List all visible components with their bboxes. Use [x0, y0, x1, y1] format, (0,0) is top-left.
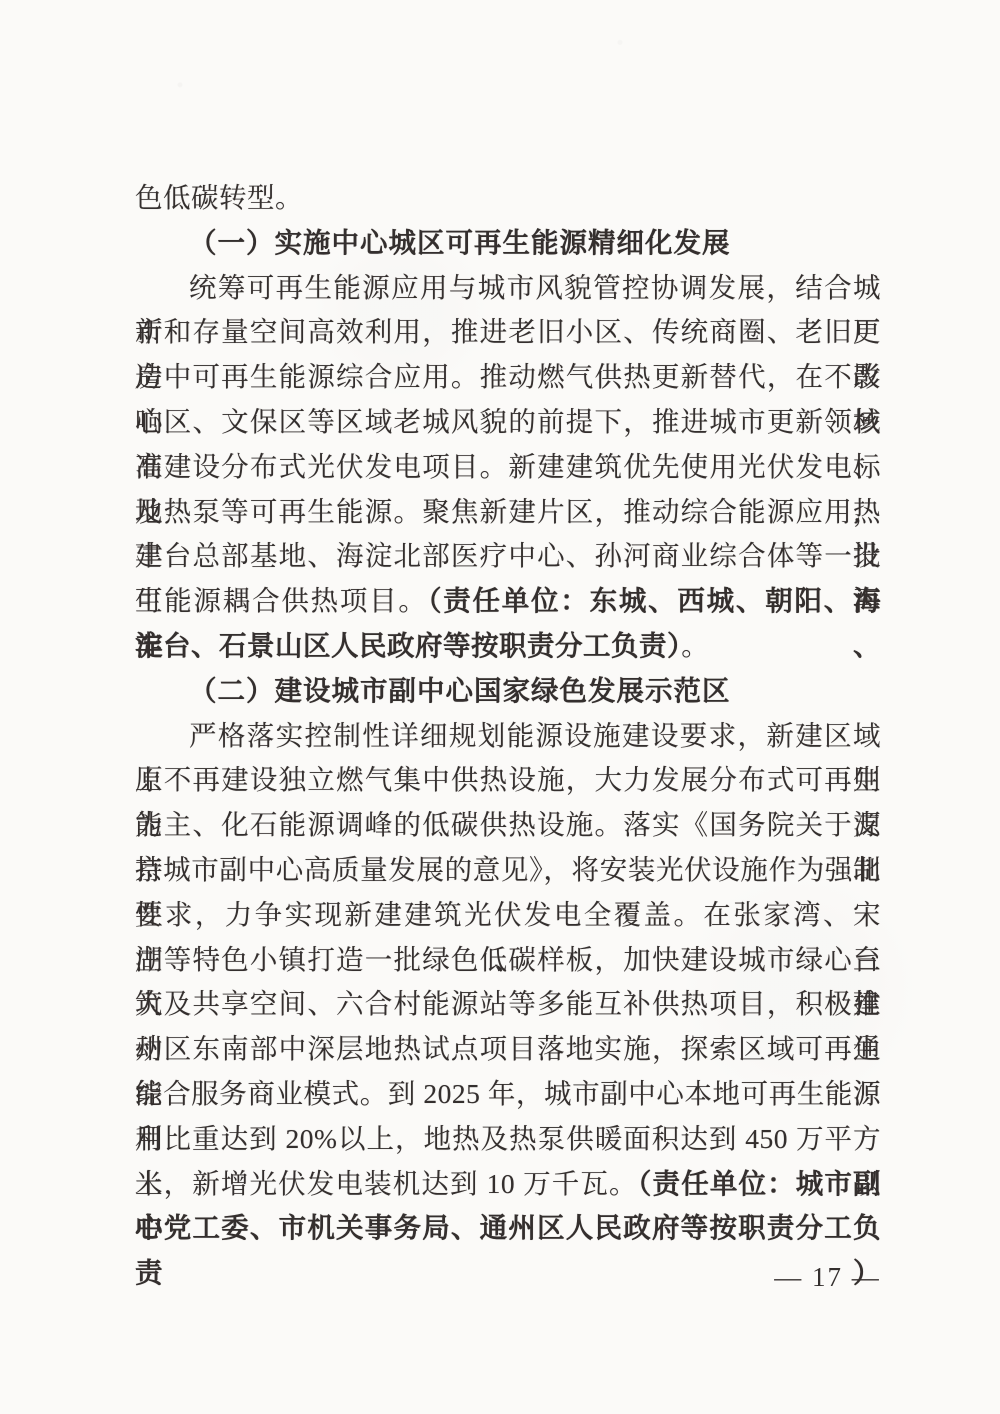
text-line: 统筹可再生能源应用与城市风貌管控协调发展，结合城市更 [135, 266, 881, 311]
text-line: 色低碳转型。 [135, 176, 881, 221]
text-line: 心党工委、市机关事务局、通州区人民政府等按职责分工负责） [135, 1206, 881, 1251]
text-run: 。 [681, 630, 709, 661]
page-number: — 17 — [770, 1259, 885, 1295]
document-page: 色低碳转型。（一）实施中心城区可再生能源精细化发展统筹可再生能源应用与城市风貌管… [0, 0, 1000, 1414]
text-line: 丰台总部基地、海淀北部医疗中心、孙河商业综合体等一批可再 [135, 534, 881, 579]
text-line: 生能源耦合供热项目。（责任单位：东城、西城、朝阳、海淀、 [135, 579, 881, 624]
text-line: 筑及共享空间、六合村能源站等多能互补供热项目，积极推动通 [135, 982, 881, 1027]
text-run: 色低碳转型。 [135, 182, 303, 213]
text-line: 为主、化石能源调峰的低碳供热设施。落实《国务院关于支持北 [135, 803, 881, 848]
document-body: 色低碳转型。（一）实施中心城区可再生能源精细化发展统筹可再生能源应用与城市风貌管… [135, 176, 881, 1251]
emphasis-text-run: （一）实施中心城区可再生能源精细化发展 [189, 227, 731, 258]
text-line: 用比重达到 20%以上，地热及热泵供暖面积达到 450 万平方米以 [135, 1117, 881, 1162]
text-line: 上，新增光伏发电装机达到 10 万千瓦。（责任单位：城市副中 [135, 1162, 881, 1207]
text-line: 要求，力争实现新建建筑光伏发电全覆盖。在张家湾、宋庄、台 [135, 893, 881, 938]
text-run: 生能源耦合供热项目。 [135, 585, 428, 616]
text-line: 综合服务商业模式。到 2025 年，城市副中心本地可再生能源利 [135, 1072, 881, 1117]
text-line: 准建设分布式光伏发电项目。新建建筑优先使用光伏发电、地热 [135, 445, 881, 490]
emphasis-text-run: 丰台、石景山区人民政府等按职责分工负责） [135, 630, 681, 661]
text-line: 上不再建设独立燃气集中供热设施，大力发展分布式可再生能源 [135, 758, 881, 803]
text-line: 新和存量空间高效利用，推进老旧小区、传统商圈、老旧厂房改 [135, 310, 881, 355]
text-line: 湖等特色小镇打造一批绿色低碳样板，加快建设城市绿心三大建 [135, 938, 881, 983]
text-line: 心区、文保区等区域老城风貌的前提下，推进城市更新领域高标 [135, 400, 881, 445]
text-line: 严格落实控制性详细规划能源设施建设要求，新建区域原则 [135, 714, 881, 759]
section-heading: （一）实施中心城区可再生能源精细化发展 [135, 221, 881, 266]
text-line: 造中可再生能源综合应用。推动燃气供热更新替代，在不影响核 [135, 355, 881, 400]
text-line: 州区东南部中深层地热试点项目落地实施，探索区域可再生能源 [135, 1027, 881, 1072]
text-run: 上，新增光伏发电装机达到 10 万千瓦。 [135, 1168, 638, 1199]
text-line: 及热泵等可再生能源。聚焦新建片区，推动综合能源应用，建设 [135, 490, 881, 535]
section-heading: （二）建设城市副中心国家绿色发展示范区 [135, 669, 881, 714]
text-line: 京城市副中心高质量发展的意见》，将安装光伏设施作为强制性 [135, 848, 881, 893]
emphasis-text-run: （二）建设城市副中心国家绿色发展示范区 [189, 675, 731, 706]
